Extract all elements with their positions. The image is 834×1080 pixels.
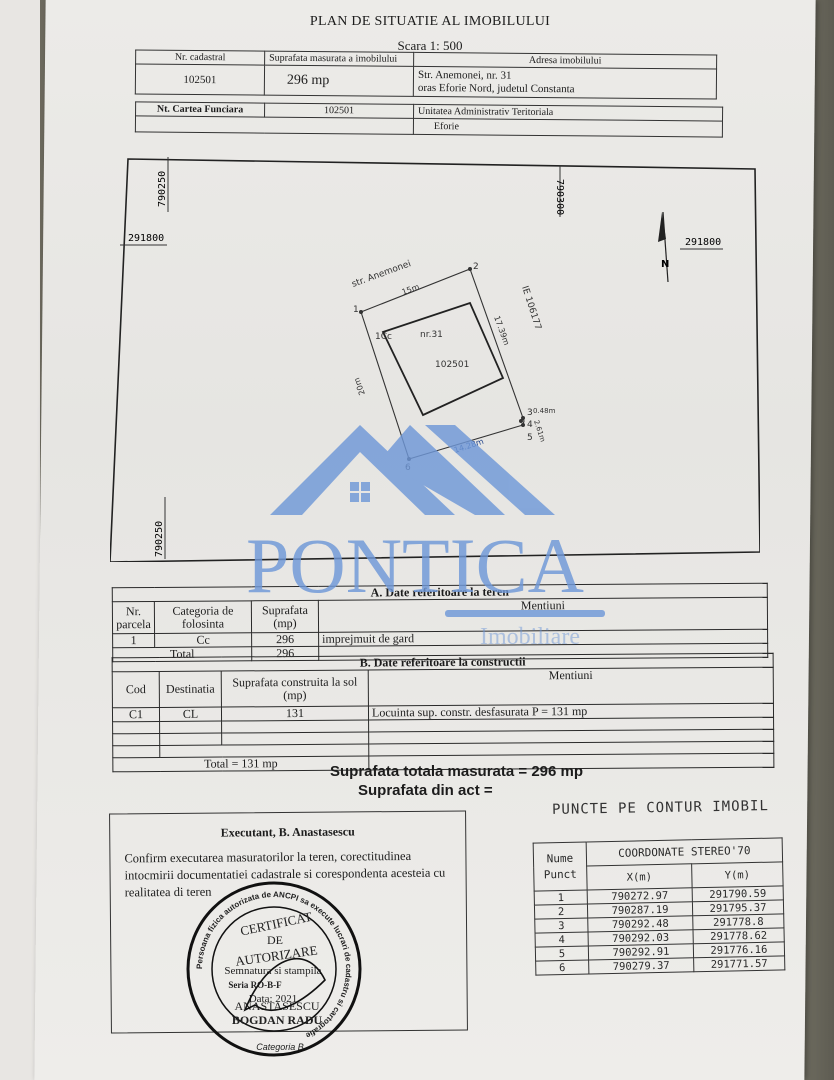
teren-cell-suprafata: 296 <box>252 632 319 646</box>
carte-funciara-value: 102501 <box>265 103 414 118</box>
coord-point: 4 <box>535 932 588 947</box>
teren-header-nr: Nr. parcela <box>112 601 154 633</box>
header-table: Nr. cadastral Suprafata masurata a imobi… <box>135 49 717 99</box>
header-table-2: Nt. Cartea Funciara 102501 Unitatea Admi… <box>135 101 723 137</box>
coord-y: 291771.57 <box>694 956 785 972</box>
stamp-line2: DE <box>267 933 283 947</box>
grid-label-x-left-top: 790250 <box>157 171 168 207</box>
teren-header-mentiuni: Mentiuni <box>318 597 767 632</box>
parcel-id: 102501 <box>435 360 469 370</box>
uat-value: Eforie <box>413 118 722 137</box>
constructii-cell-cod: C1 <box>112 707 159 721</box>
background-sheet <box>0 0 40 1080</box>
constructii-table: B. Date referitoare la constructii Cod D… <box>112 653 775 773</box>
coord-point: 1 <box>534 890 587 905</box>
nr-cadastral-label: Nr. cadastral <box>136 50 265 65</box>
coord-point: 6 <box>536 960 589 975</box>
coord-point: 5 <box>535 946 588 961</box>
coord-point: 3 <box>535 918 588 933</box>
total-surface-act: Suprafata din act = <box>358 782 493 799</box>
constructii-cell-suprafata: 131 <box>221 706 368 721</box>
point-label-5: 5 <box>527 433 533 443</box>
document-title: PLAN DE SITUATIE AL IMOBILULUI <box>260 14 600 30</box>
coord-x: 790279.37 <box>589 958 694 974</box>
constructii-header-destinatia: Destinatia <box>159 671 221 707</box>
stamp-category: Categoria B <box>256 1042 304 1052</box>
nr-cadastral-value: 102501 <box>135 64 264 95</box>
dim-6-1: 20m <box>352 376 367 396</box>
coordinates-table: Nume Punct COORDONATE STEREO'70 X(m) Y(m… <box>533 837 786 975</box>
suprafata-value: 296 mp <box>264 65 413 96</box>
coord-header-name: Nume Punct <box>533 842 587 891</box>
grid-label-x-right-top: 790300 <box>554 179 565 215</box>
executant-title: Executant, B. Anastasescu <box>110 823 465 841</box>
parcel-number: nr.31 <box>420 330 443 340</box>
coord-header-x: X(m) <box>587 864 692 890</box>
dim-2-3: 17.39m <box>492 315 511 347</box>
dim-1-2: 15m <box>401 282 421 297</box>
constructii-header-suprafata: Suprafata construita la sol (mp) <box>221 670 368 707</box>
site-plan-drawing: 790250 790300 790250 291800 291800 N 1 2… <box>110 157 760 562</box>
teren-cell-nr: 1 <box>113 633 155 647</box>
stamp-line6: BOGDAN RADU <box>232 1013 323 1027</box>
point-label-6: 6 <box>405 463 411 473</box>
coord-header-y: Y(m) <box>692 862 783 888</box>
street-label: str. Anemonei <box>351 259 413 290</box>
grid-label-y-left: 291800 <box>128 233 164 244</box>
adresa-line2: oras Eforie Nord, judetul Constanta <box>418 81 712 97</box>
teren-table: A. Date referitoare la teren Nr. parcela… <box>112 583 769 663</box>
grid-label-y-right: 291800 <box>685 237 721 248</box>
teren-header-suprafata: Suprafata (mp) <box>251 600 318 632</box>
building-outline <box>383 303 503 415</box>
coord-point: 2 <box>534 904 587 919</box>
point-label-2: 2 <box>473 262 479 272</box>
suprafata-label: Suprafata masurata a imobilului <box>265 51 414 66</box>
stamp-overlay: Semnatura si stampila <box>224 965 321 977</box>
point-label-1: 1 <box>353 305 359 315</box>
authorization-stamp: Persoana fizica autorizata de ANCPI sa e… <box>185 880 363 1058</box>
point-label-3: 3 <box>527 408 533 418</box>
dim-4-5: 2.61m <box>532 419 547 443</box>
total-surface-measured: Suprafata totala masurata = 296 mp <box>330 763 583 780</box>
dim-5-6: 14.28m <box>453 437 485 455</box>
dim-3-4: 0.48m <box>533 407 556 415</box>
teren-header-categoria: Categoria de folosinta <box>154 601 251 634</box>
constructii-header-mentiuni: Mentiuni <box>368 667 773 706</box>
neighbor-label: IE 106177 <box>519 285 543 331</box>
grid-label-x-left-bottom: 790250 <box>154 521 165 557</box>
carte-funciara-label: Nt. Cartea Funciara <box>136 102 265 117</box>
north-arrow-icon: N <box>658 212 669 282</box>
north-label: N <box>661 259 669 270</box>
constructii-header-cod: Cod <box>112 671 159 707</box>
constructii-cell-destinatia: CL <box>159 707 221 721</box>
building-code: 1Cc <box>375 332 392 342</box>
teren-cell-categoria: Cc <box>155 633 252 648</box>
